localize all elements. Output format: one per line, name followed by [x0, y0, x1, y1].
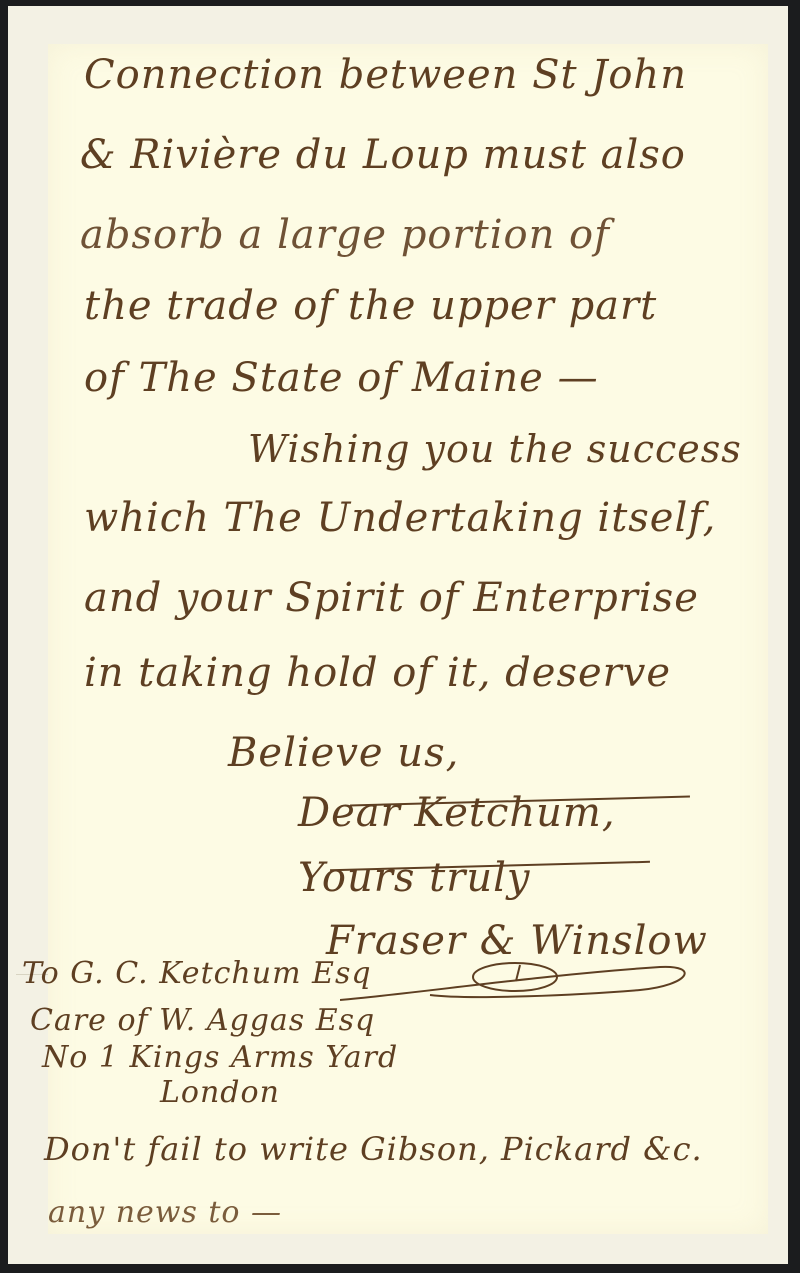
body-line-2: & Rivière du Loup must also	[80, 132, 686, 178]
signature-flourish-icon	[340, 955, 700, 1005]
closing-valediction: Yours truly	[298, 855, 530, 901]
postscript-line-1: Don't fail to write Gibson, Pickard &c.	[44, 1130, 703, 1168]
closing-addressee: Dear Ketchum,	[298, 790, 616, 836]
postscript-line-2: any news to —	[48, 1195, 282, 1230]
address-line-2: Care of W. Aggas Esq	[30, 1003, 375, 1038]
body-line-1: Connection between St John	[84, 52, 687, 98]
body-line-5: of The State of Maine —	[84, 355, 599, 401]
body-line-9: in taking hold of it, deserve	[84, 650, 671, 696]
body-line-7: which The Undertaking itself,	[84, 495, 716, 541]
body-line-6: Wishing you the success	[248, 427, 742, 471]
body-line-8: and your Spirit of Enterprise	[84, 575, 699, 621]
body-line-4: the trade of the upper part	[84, 283, 657, 329]
address-line-4: London	[160, 1075, 280, 1110]
address-line-1: To G. C. Ketchum Esq	[22, 956, 372, 991]
body-line-3: absorb a large portion of	[80, 212, 610, 258]
closing-salutation: Believe us,	[228, 730, 459, 776]
address-line-3: No 1 Kings Arms Yard	[42, 1040, 398, 1075]
